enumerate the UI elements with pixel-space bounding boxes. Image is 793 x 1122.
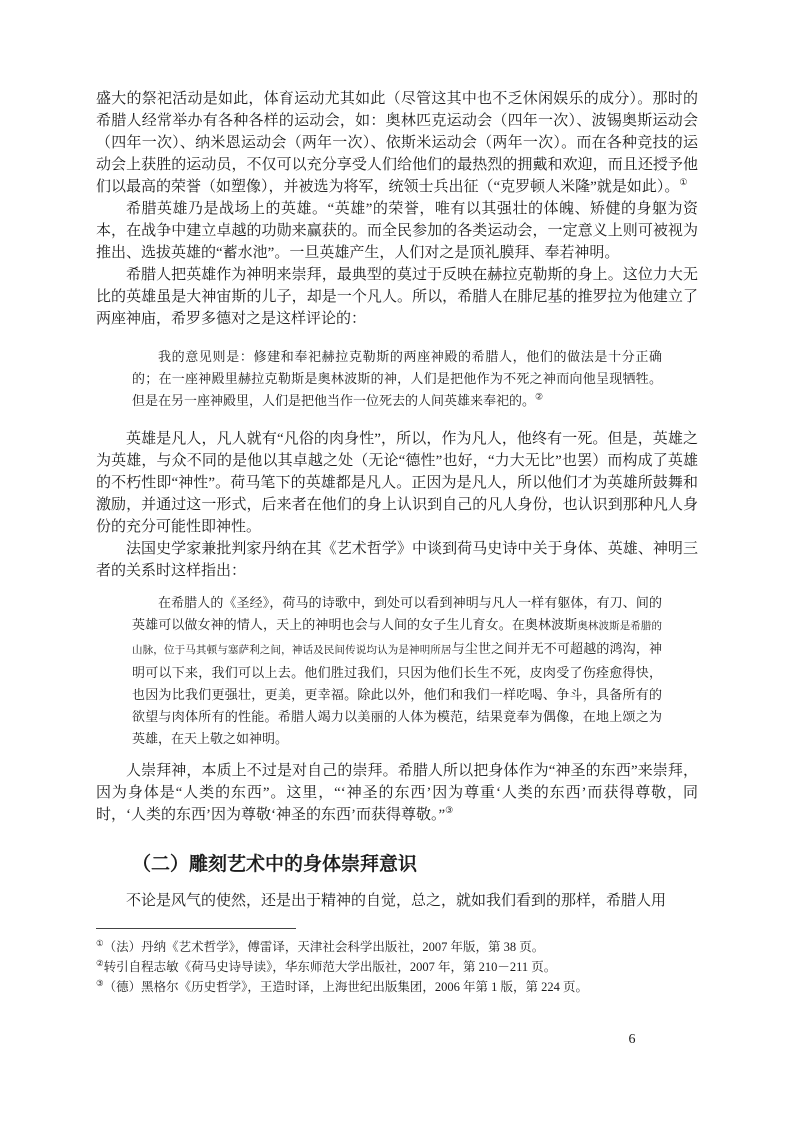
body-text: 盛大的祭祀活动是如此，体育运动尤其如此（尽管这其中也不乏休闲娱乐的成分）。那时的… — [96, 88, 698, 997]
page-number: 6 — [622, 1032, 642, 1048]
footnote-ref-2: ② — [535, 392, 543, 402]
footnotes: ①（法）丹纳《艺术哲学》，傅雷译，天津社会科学出版社，2007 年版，第 38 … — [96, 937, 698, 997]
paragraph: 不论是风气的使然，还是出于精神的自觉，总之，就如我们看到的那样，希腊人用 — [96, 890, 698, 912]
paragraph-opening: 盛大的祭祀活动是如此，体育运动尤其如此（尽管这其中也不乏休闲娱乐的成分）。那时的… — [96, 88, 698, 198]
document-page: { "document": { "page_number": "6", "par… — [0, 0, 793, 1122]
footnote-text: 转引自程志敏《荷马史诗导读》，华东师范大学出版社，2007 年，第 210－21… — [104, 960, 557, 974]
paragraph: 人崇拜神，本质上不过是对自己的崇拜。希腊人所以把身体作为“神圣的东西”来崇拜，因… — [96, 760, 698, 826]
paragraph: 法国史学家兼批判家丹纳在其《艺术哲学》中谈到荷马史诗中关于身体、英雄、神明三者的… — [96, 538, 698, 582]
paragraph-text: 人崇拜神，本质上不过是对自己的崇拜。希腊人所以把身体作为“神圣的东西”来崇拜，因… — [96, 763, 698, 823]
footnote-ref-3: ③ — [445, 805, 453, 815]
footnote-text: （德）黑格尔《历史哲学》，王造时译，上海世纪出版集团，2006 年第 1 版，第… — [104, 980, 588, 994]
footnote: ②转引自程志敏《荷马史诗导读》，华东师范大学出版社，2007 年，第 210－2… — [96, 957, 698, 977]
footnote: ①（法）丹纳《艺术哲学》，傅雷译，天津社会科学出版社，2007 年版，第 38 … — [96, 937, 698, 957]
footnote-marker: ① — [96, 938, 104, 948]
paragraph-text: 法国史学家兼批判家丹纳在其《艺术哲学》中谈到荷马史诗中关于身体、英雄、神明三者的… — [96, 541, 698, 579]
footnote-text: （法）丹纳《艺术哲学》，傅雷译，天津社会科学出版社，2007 年版，第 38 页… — [104, 940, 545, 954]
paragraph: 英雄是凡人，凡人就有“凡俗的肉身性”，所以，作为凡人，他终有一死。但是，英雄之为… — [96, 428, 698, 538]
footnote: ③（德）黑格尔《历史哲学》，王造时译，上海世纪出版集团，2006 年第 1 版，… — [96, 977, 698, 997]
quote-text: 我的意见则是：修建和奉祀赫拉克勒斯的两座神殿的希腊人，他们的做法是十分正确的；在… — [132, 349, 662, 408]
footnote-separator — [96, 928, 296, 929]
paragraph-text: 希腊英雄乃是战场上的英雄。“英雄”的荣誉，唯有以其强壮的体魄、矫健的身躯为资本，… — [96, 201, 698, 261]
block-quote-taine: 在希腊人的《圣经》，荷马的诗歌中，到处可以看到神明与凡人一样有躯体，有刀、间的英… — [132, 592, 662, 750]
paragraph: 希腊英雄乃是战场上的英雄。“英雄”的荣誉，唯有以其强壮的体魄、矫健的身躯为资本，… — [96, 198, 698, 264]
section-heading: （二）雕刻艺术中的身体崇拜意识 — [96, 852, 698, 878]
quote-text: 与尘世之间并无不可超越的鸿沟，神明可以下来，我们可以上去。他们胜过我们，只因为他… — [132, 641, 662, 746]
footnote-ref-1: ① — [679, 177, 687, 187]
paragraph-text: 英雄是凡人，凡人就有“凡俗的肉身性”，所以，作为凡人，他终有一死。但是，英雄之为… — [96, 431, 698, 535]
paragraph-text: 不论是风气的使然，还是出于精神的自觉，总之，就如我们看到的那样，希腊人用 — [126, 893, 666, 909]
footnote-marker: ③ — [96, 978, 104, 988]
paragraph-text: 盛大的祭祀活动是如此，体育运动尤其如此（尽管这其中也不乏休闲娱乐的成分）。那时的… — [96, 91, 698, 195]
paragraph-text: 希腊人把英雄作为神明来崇拜，最典型的莫过于反映在赫拉克勒斯的身上。这位力大无比的… — [96, 267, 698, 327]
footnote-marker: ② — [96, 958, 104, 968]
block-quote-herodotus: 我的意见则是：修建和奉祀赫拉克勒斯的两座神殿的希腊人，他们的做法是十分正确的；在… — [132, 346, 662, 412]
paragraph: 希腊人把英雄作为神明来崇拜，最典型的莫过于反映在赫拉克勒斯的身上。这位力大无比的… — [96, 264, 698, 330]
